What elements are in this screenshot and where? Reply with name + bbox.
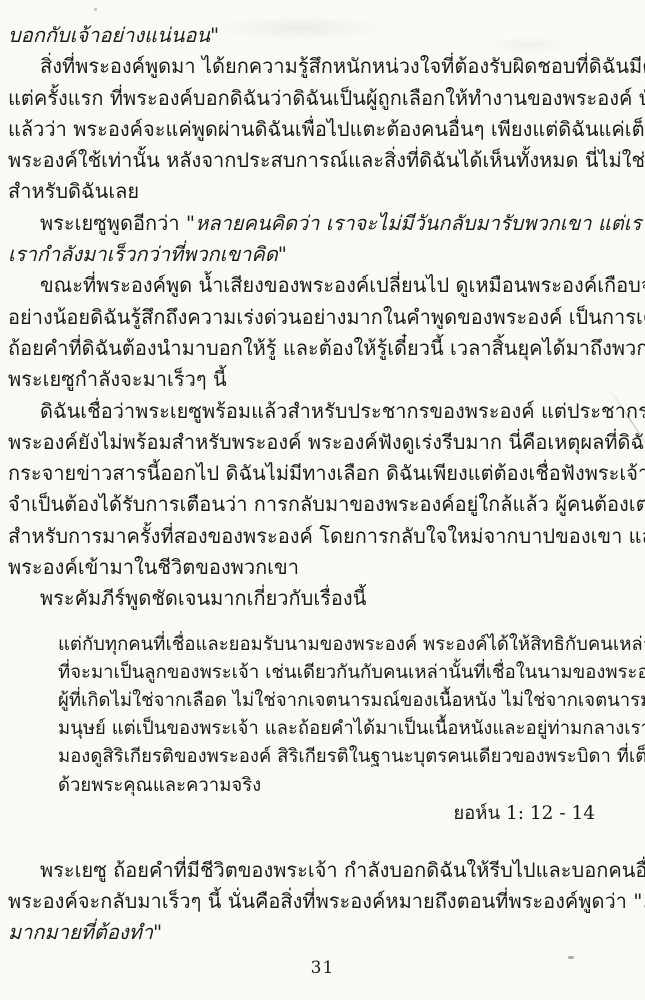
text-line: สำหรับการมาครั้งที่สองของพระองค์ โดยการก… [8,521,627,552]
document-text: บอกกับเจ้าอย่างแน่นอน"สิ่งที่พระองค์พูดม… [8,20,627,949]
text-segment: สิ่งที่พระองค์พูดมา ได้ยกความรู้สึกหนักห… [40,54,645,78]
text-segment: ดิฉันเชื่อว่าพระเยซูพร้อมแล้วสำหรับประชา… [40,399,645,423]
text-line: จำเป็นต้องได้รับการเตือนว่า การกลับมาของ… [8,489,627,520]
quoted-speech: บอกกับเจ้าอย่างแน่นอน" [8,23,219,47]
text-segment: แต่กับทุกคนที่เชื่อและยอมรับนามของพระองค… [58,634,645,655]
text-segment: มนุษย์ แต่เป็นของพระเจ้า และถ้อยคำได้มาเ… [58,718,645,739]
text-segment: มองดูสิริเกียรติของพระองค์ สิริเกียรติใน… [58,746,645,767]
text-line: มนุษย์ แต่เป็นของพระเจ้า และถ้อยคำได้มาเ… [58,715,627,743]
text-line: กระจายข่าวสารนี้ออกไป ดิฉันไม่มีทางเลือก… [8,458,627,489]
text-segment: พระองค์ใช้เท่านั้น หลังจากประสบการณ์และส… [8,148,645,172]
text-line: แต่กับทุกคนที่เชื่อและยอมรับนามของพระองค… [58,631,627,659]
scripture-quote: แต่กับทุกคนที่เชื่อและยอมรับนามของพระองค… [58,631,627,800]
text-line: แล้วว่า พระองค์จะแค่พูดผ่านดิฉันเพื่อไปแ… [8,114,627,145]
text-segment: พระองค์ยังไม่พร้อมสำหรับพระองค์ พระองค์ฟ… [8,430,645,454]
text-segment: กระจายข่าวสารนี้ออกไป ดิฉันไม่มีทางเลือก… [8,461,645,485]
text-segment: จำเป็นต้องได้รับการเตือนว่า การกลับมาของ… [8,492,645,516]
text-line: ที่จะมาเป็นลูกของพระเจ้า เช่นเดียวกันกับ… [58,659,627,687]
text-line: มากมายที่ต้องทำ" [8,917,627,948]
text-segment: ด้วยพระคุณและความจริง [58,775,261,796]
text-line: ถ้อยคำที่ดิฉันต้องนำมาบอกให้รู้ และต้องใ… [8,333,627,364]
text-line: มองดูสิริเกียรติของพระองค์ สิริเกียรติใน… [58,743,627,771]
text-line: พระเยซูพูดอีกว่า "หลายคนคิดว่า เราจะไม่ม… [8,208,627,239]
text-line: ด้วยพระคุณและความจริง [58,772,627,800]
text-line: สำหรับดิฉันเลย [8,176,627,207]
paragraph-1: สิ่งที่พระองค์พูดมา ได้ยกความรู้สึกหนักห… [8,51,627,207]
quoted-speech: "เรามีงาน [633,889,645,913]
scan-artifact-mark [568,956,574,959]
continued-paragraph: บอกกับเจ้าอย่างแน่นอน" [8,20,627,51]
text-line: เรากำลังมาเร็วกว่าที่พวกเขาคิด" [8,239,627,270]
text-line: ยอห์น 1: 12 - 14 [8,800,627,828]
text-segment: พระเยซูกำลังจะมาเร็วๆ นี้ [8,367,227,391]
text-line: สิ่งที่พระองค์พูดมา ได้ยกความรู้สึกหนักห… [8,51,627,82]
text-line: พระองค์ยังไม่พร้อมสำหรับพระองค์ พระองค์ฟ… [8,427,627,458]
text-line: บอกกับเจ้าอย่างแน่นอน" [8,20,627,51]
text-segment: สำหรับดิฉันเลย [8,179,139,203]
text-line: พระองค์เข้ามาในชีวิตของพวกเขา [8,552,627,583]
scan-artifact-speck [94,8,97,11]
text-segment: ยอห์น 1: 12 - 14 [453,803,595,824]
text-segment: พระองค์จะกลับมาเร็วๆ นี้ นั่นคือสิ่งที่พ… [8,889,633,913]
text-segment: แล้วว่า พระองค์จะแค่พูดผ่านดิฉันเพื่อไปแ… [8,117,645,141]
text-line: อย่างน้อยดิฉันรู้สึกถึงความเร่งด่วนอย่าง… [8,302,627,333]
text-segment: พระเยซูพูดอีกว่า [40,211,186,235]
text-segment: ที่จะมาเป็นลูกของพระเจ้า เช่นเดียวกันกับ… [58,662,645,683]
text-line: พระองค์ใช้เท่านั้น หลังจากประสบการณ์และส… [8,145,627,176]
text-segment: พระองค์เข้ามาในชีวิตของพวกเขา [8,555,299,579]
page-number: 31 [0,958,645,978]
paragraph-4: ดิฉันเชื่อว่าพระเยซูพร้อมแล้วสำหรับประชา… [8,396,627,584]
scanned-book-page: บอกกับเจ้าอย่างแน่นอน"สิ่งที่พระองค์พูดม… [0,0,645,1000]
quoted-speech: "หลายคนคิดว่า เราจะไม่มีวันกลับมารับพวกเ… [186,211,645,235]
paragraph-2: พระเยซูพูดอีกว่า "หลายคนคิดว่า เราจะไม่ม… [8,208,627,271]
paragraph-3: ขณะที่พระองค์พูด น้ำเสียงของพระองค์เปลี่… [8,270,627,395]
text-line: พระองค์จะกลับมาเร็วๆ นี้ นั่นคือสิ่งที่พ… [8,886,627,917]
text-segment: พระเยซู ถ้อยคำที่มีชีวิตของพระเจ้า กำลัง… [40,858,645,882]
paragraph-6: พระเยซู ถ้อยคำที่มีชีวิตของพระเจ้า กำลัง… [8,855,627,949]
text-segment: ขณะที่พระองค์พูด น้ำเสียงของพระองค์เปลี่… [40,273,645,297]
text-line: ขณะที่พระองค์พูด น้ำเสียงของพระองค์เปลี่… [8,270,627,301]
text-segment: พระคัมภีร์พูดชัดเจนมากเกี่ยวกับเรื่องนี้ [40,586,366,610]
text-line: ผู้ที่เกิดไม่ใช่จากเลือด ไม่ใช่จากเจตนาร… [58,687,627,715]
text-segment: สำหรับการมาครั้งที่สองของพระองค์ โดยการก… [8,524,645,548]
text-line: พระเยซู ถ้อยคำที่มีชีวิตของพระเจ้า กำลัง… [8,855,627,886]
text-segment: แต่ครั้งแรก ที่พระองค์บอกดิฉันว่าดิฉันเป… [8,86,645,110]
text-segment: อย่างน้อยดิฉันรู้สึกถึงความเร่งด่วนอย่าง… [8,305,645,329]
scripture-reference: ยอห์น 1: 12 - 14 [8,800,627,828]
paragraph-5: พระคัมภีร์พูดชัดเจนมากเกี่ยวกับเรื่องนี้ [8,583,627,614]
text-line: พระคัมภีร์พูดชัดเจนมากเกี่ยวกับเรื่องนี้ [8,583,627,614]
text-segment: ผู้ที่เกิดไม่ใช่จากเลือด ไม่ใช่จากเจตนาร… [58,690,645,711]
text-line: พระเยซูกำลังจะมาเร็วๆ นี้ [8,364,627,395]
text-line: แต่ครั้งแรก ที่พระองค์บอกดิฉันว่าดิฉันเป… [8,83,627,114]
text-line: ดิฉันเชื่อว่าพระเยซูพร้อมแล้วสำหรับประชา… [8,396,627,427]
text-segment: ถ้อยคำที่ดิฉันต้องนำมาบอกให้รู้ และต้องใ… [8,336,645,360]
quoted-speech: มากมายที่ต้องทำ" [8,920,162,944]
quoted-speech: เรากำลังมาเร็วกว่าที่พวกเขาคิด" [8,242,287,266]
